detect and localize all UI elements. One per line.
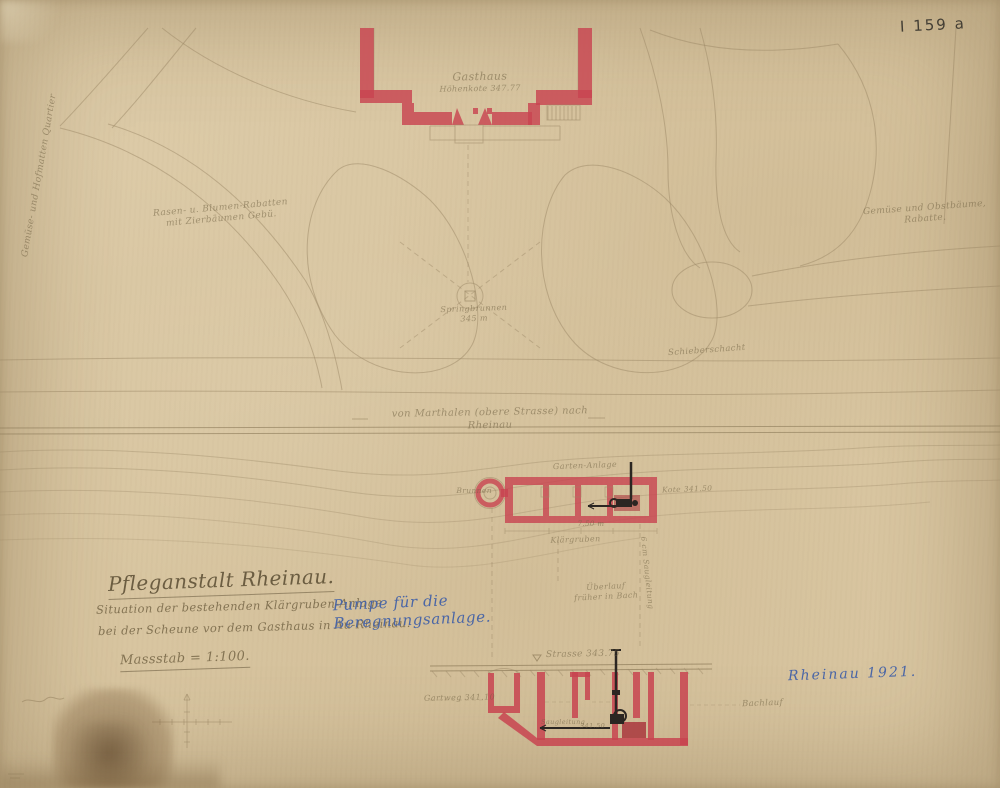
archive-mark: I 159 a <box>900 14 967 35</box>
road-label: von Marthalen (obere Strasse) nach Rhein… <box>376 405 604 434</box>
section-pipe-label: Saugleitung <box>541 718 603 726</box>
stair-hatch <box>548 106 576 120</box>
survey-cross <box>152 694 232 748</box>
well-label: Brunnen <box>436 486 492 495</box>
ground-line <box>430 664 712 666</box>
section-walls <box>488 672 688 746</box>
gasthaus-left-wing-wall <box>360 28 374 98</box>
section-ground-label: Strasse 343.75 <box>546 648 656 661</box>
section-left-label: Gartweg 341.10 <box>424 692 504 703</box>
pump-base-section <box>622 722 646 738</box>
pencil-scribbles <box>8 697 64 778</box>
gasthaus-right-wing-wall <box>578 28 592 98</box>
level-nabla <box>533 655 541 661</box>
dimension-line <box>505 528 657 534</box>
tank-dimension: 7.50 m <box>566 520 616 529</box>
scanned-plan-sheet: I 159 a Gasthaus Höhenkote 347.77 Gemüse… <box>0 0 1000 788</box>
